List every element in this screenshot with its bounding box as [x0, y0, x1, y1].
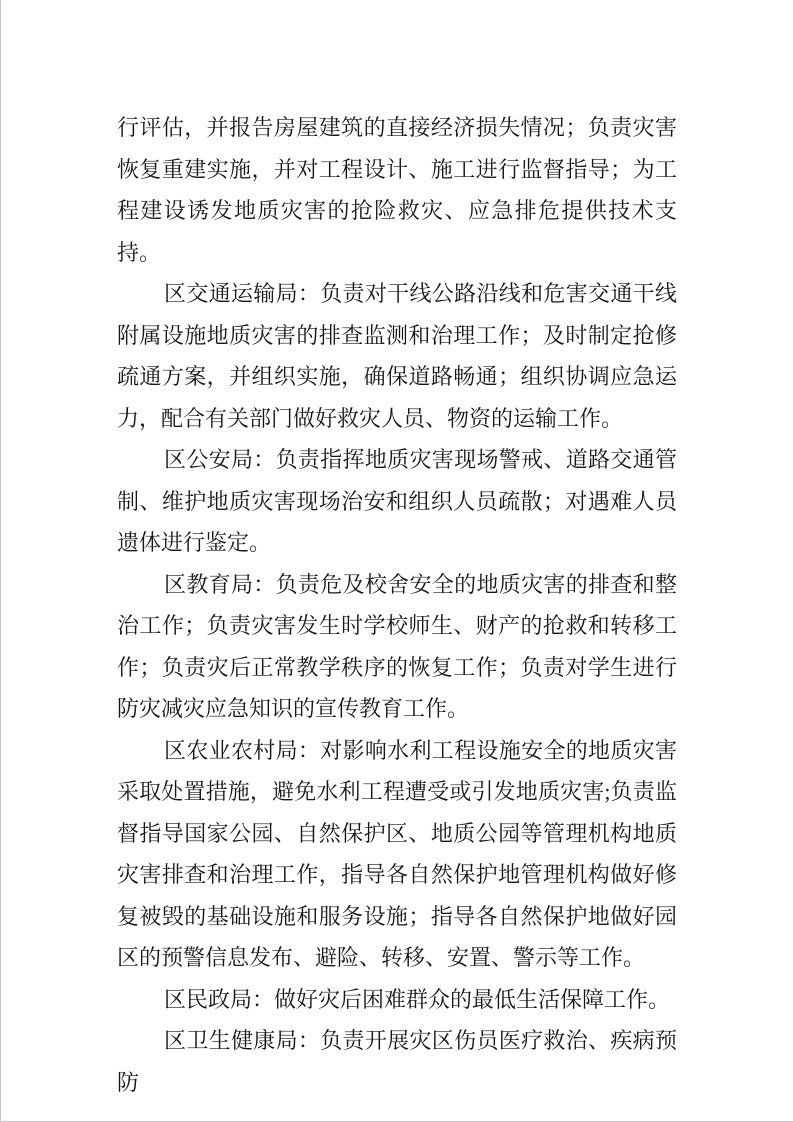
document-page: 行评估，并报告房屋建筑的直接经济损失情况；负责灾害恢复重建实施，并对工程设计、施…	[0, 0, 793, 1122]
para-health-bureau: 区卫生健康局：负责开展灾区伤员医疗救治、疾病预防	[117, 1020, 677, 1103]
para-civil-affairs-bureau: 区民政局：做好灾后困难群众的最低生活保障工作。	[117, 979, 677, 1021]
para-transport-bureau: 区交通运输局：负责对干线公路沿线和危害交通干线附属设施地质灾害的排查监测和治理工…	[117, 273, 677, 439]
para-construction-continuation: 行评估，并报告房屋建筑的直接经济损失情况；负责灾害恢复重建实施，并对工程设计、施…	[117, 107, 677, 273]
document-text-body: 行评估，并报告房屋建筑的直接经济损失情况；负责灾害恢复重建实施，并对工程设计、施…	[117, 107, 677, 1103]
para-education-bureau: 区教育局：负责危及校舍安全的地质灾害的排查和整治工作；负责灾害发生时学校师生、财…	[117, 564, 677, 730]
para-public-security-bureau: 区公安局：负责指挥地质灾害现场警戒、道路交通管制、维护地质灾害现场治安和组织人员…	[117, 439, 677, 564]
para-agriculture-rural-bureau: 区农业农村局：对影响水利工程设施安全的地质灾害采取处置措施，避免水利工程遭受或引…	[117, 730, 677, 979]
